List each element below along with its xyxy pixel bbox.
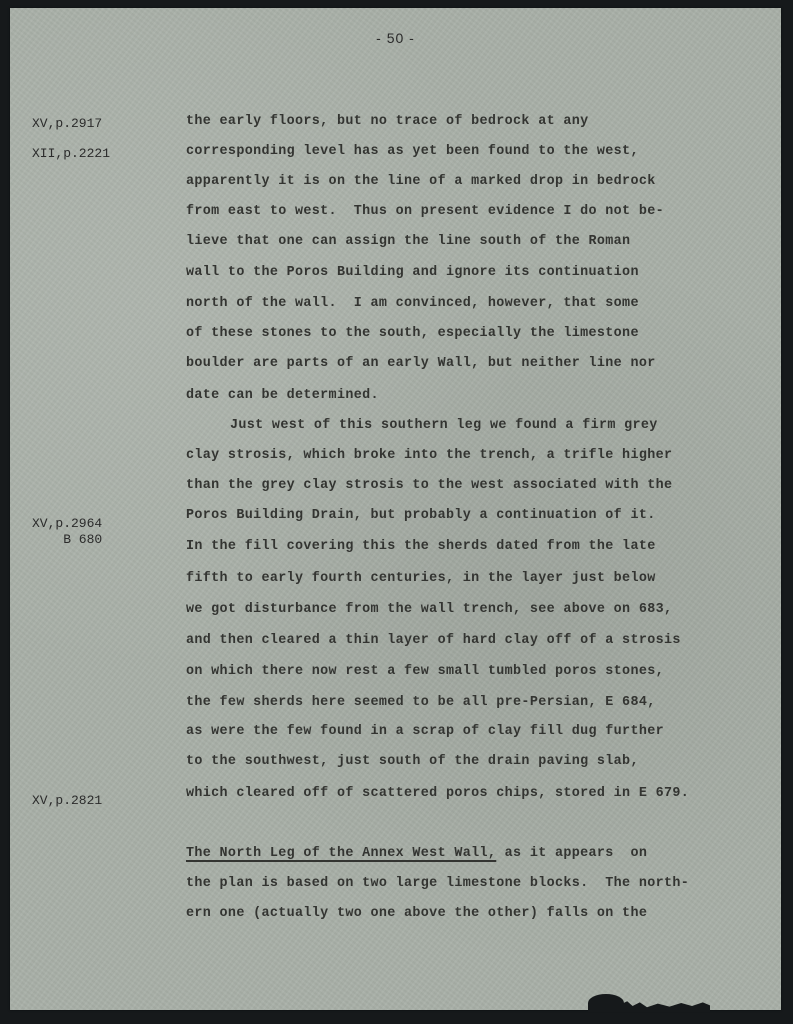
text-line: to the southwest, just south of the drai… [186, 754, 639, 770]
margin-reference: XV,p.2821 [32, 793, 102, 809]
text-line: as were the few found in a scrap of clay… [186, 724, 664, 740]
text-line: north of the wall. I am convinced, howev… [186, 296, 639, 312]
text-line: lieve that one can assign the line south… [186, 234, 630, 250]
margin-reference: XV,p.2917 [32, 116, 102, 132]
text-line: ern one (actually two one above the othe… [186, 906, 647, 922]
text-line: and then cleared a thin layer of hard cl… [186, 633, 681, 649]
text-line: we got disturbance from the wall trench,… [186, 602, 672, 618]
text-line: Poros Building Drain, but probably a con… [186, 508, 656, 524]
text-line: In the fill covering this the sherds dat… [186, 539, 656, 555]
page-number: - 50 - [10, 30, 781, 46]
margin-reference: XII,p.2221 [32, 146, 110, 162]
typescript-page: - 50 - XV,p.2917XII,p.2221XV,p.2964 B 68… [10, 8, 781, 1010]
torn-paper-edge [588, 994, 624, 1012]
margin-reference: XV,p.2964 B 680 [32, 516, 102, 548]
text-line: clay strosis, which broke into the trenc… [186, 448, 672, 464]
text-line: the early floors, but no trace of bedroc… [186, 114, 589, 130]
text-line: boulder are parts of an early Wall, but … [186, 356, 656, 372]
text-line: the plan is based on two large limestone… [186, 876, 689, 892]
text-line: date can be determined. [186, 388, 379, 404]
text-line: from east to west. Thus on present evide… [186, 204, 664, 220]
text-line: the few sherds here seemed to be all pre… [186, 695, 656, 711]
text-line: Just west of this southern leg we found … [230, 418, 658, 434]
text-line: wall to the Poros Building and ignore it… [186, 265, 639, 281]
text-line: corresponding level has as yet been foun… [186, 144, 639, 160]
text-line: apparently it is on the line of a marked… [186, 174, 656, 190]
text-line: of these stones to the south, especially… [186, 326, 639, 342]
text-line: fifth to early fourth centuries, in the … [186, 571, 656, 587]
section-heading-line: The North Leg of the Annex West Wall, as… [186, 846, 647, 862]
text-line: than the grey clay strosis to the west a… [186, 478, 672, 494]
text-line: on which there now rest a few small tumb… [186, 664, 664, 680]
text-line: which cleared off of scattered poros chi… [186, 786, 689, 802]
section-heading-rest: as it appears on [496, 846, 647, 861]
section-heading: The North Leg of the Annex West Wall, [186, 846, 496, 861]
